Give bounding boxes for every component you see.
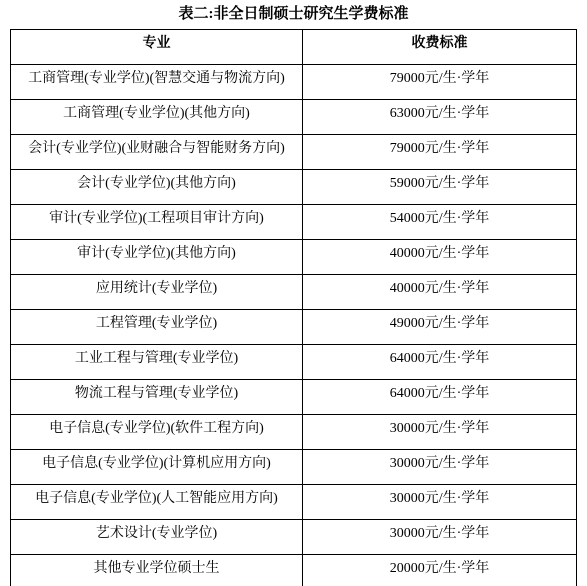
major-cell: 工商管理(专业学位)(智慧交通与物流方向) xyxy=(11,65,303,100)
document-page: 表二:非全日制硕士研究生学费标准 专业 收费标准 工商管理(专业学位)(智慧交通… xyxy=(0,0,587,586)
table-row: 其他专业学位硕士生 20000元/生·学年 xyxy=(11,555,577,586)
fee-cell: 40000元/生·学年 xyxy=(303,275,577,310)
table-row: 艺术设计(专业学位) 30000元/生·学年 xyxy=(11,520,577,555)
major-cell: 工程管理(专业学位) xyxy=(11,310,303,345)
major-cell: 应用统计(专业学位) xyxy=(11,275,303,310)
fee-cell: 20000元/生·学年 xyxy=(303,555,577,586)
table-row: 物流工程与管理(专业学位) 64000元/生·学年 xyxy=(11,380,577,415)
major-cell: 物流工程与管理(专业学位) xyxy=(11,380,303,415)
table-row: 电子信息(专业学位)(软件工程方向) 30000元/生·学年 xyxy=(11,415,577,450)
major-cell: 审计(专业学位)(其他方向) xyxy=(11,240,303,275)
fee-cell: 59000元/生·学年 xyxy=(303,170,577,205)
fee-cell: 49000元/生·学年 xyxy=(303,310,577,345)
fee-cell: 64000元/生·学年 xyxy=(303,345,577,380)
table-row: 电子信息(专业学位)(人工智能应用方向) 30000元/生·学年 xyxy=(11,485,577,520)
major-cell: 电子信息(专业学位)(软件工程方向) xyxy=(11,415,303,450)
column-header-major: 专业 xyxy=(11,30,303,65)
fee-cell: 64000元/生·学年 xyxy=(303,380,577,415)
major-cell: 电子信息(专业学位)(人工智能应用方向) xyxy=(11,485,303,520)
table-row: 电子信息(专业学位)(计算机应用方向) 30000元/生·学年 xyxy=(11,450,577,485)
fee-cell: 79000元/生·学年 xyxy=(303,135,577,170)
fee-cell: 30000元/生·学年 xyxy=(303,450,577,485)
major-cell: 审计(专业学位)(工程项目审计方向) xyxy=(11,205,303,240)
table-row: 工商管理(专业学位)(智慧交通与物流方向) 79000元/生·学年 xyxy=(11,65,577,100)
major-cell: 电子信息(专业学位)(计算机应用方向) xyxy=(11,450,303,485)
major-cell: 工业工程与管理(专业学位) xyxy=(11,345,303,380)
major-cell: 其他专业学位硕士生 xyxy=(11,555,303,586)
table-row: 会计(专业学位)(业财融合与智能财务方向) 79000元/生·学年 xyxy=(11,135,577,170)
fee-cell: 30000元/生·学年 xyxy=(303,485,577,520)
table-row: 工商管理(专业学位)(其他方向) 63000元/生·学年 xyxy=(11,100,577,135)
table-row: 会计(专业学位)(其他方向) 59000元/生·学年 xyxy=(11,170,577,205)
table-row: 工业工程与管理(专业学位) 64000元/生·学年 xyxy=(11,345,577,380)
fee-cell: 30000元/生·学年 xyxy=(303,520,577,555)
table-row: 审计(专业学位)(其他方向) 40000元/生·学年 xyxy=(11,240,577,275)
fee-cell: 40000元/生·学年 xyxy=(303,240,577,275)
major-cell: 工商管理(专业学位)(其他方向) xyxy=(11,100,303,135)
major-cell: 会计(专业学位)(业财融合与智能财务方向) xyxy=(11,135,303,170)
table-row: 应用统计(专业学位) 40000元/生·学年 xyxy=(11,275,577,310)
fee-cell: 79000元/生·学年 xyxy=(303,65,577,100)
major-cell: 艺术设计(专业学位) xyxy=(11,520,303,555)
table-caption: 表二:非全日制硕士研究生学费标准 xyxy=(0,0,587,22)
table-row: 审计(专业学位)(工程项目审计方向) 54000元/生·学年 xyxy=(11,205,577,240)
header-row: 专业 收费标准 xyxy=(11,30,577,65)
fee-cell: 30000元/生·学年 xyxy=(303,415,577,450)
major-cell: 会计(专业学位)(其他方向) xyxy=(11,170,303,205)
column-header-fee: 收费标准 xyxy=(303,30,577,65)
table-row: 工程管理(专业学位) 49000元/生·学年 xyxy=(11,310,577,345)
fee-cell: 54000元/生·学年 xyxy=(303,205,577,240)
tuition-table: 专业 收费标准 工商管理(专业学位)(智慧交通与物流方向) 79000元/生·学… xyxy=(10,29,577,586)
fee-cell: 63000元/生·学年 xyxy=(303,100,577,135)
